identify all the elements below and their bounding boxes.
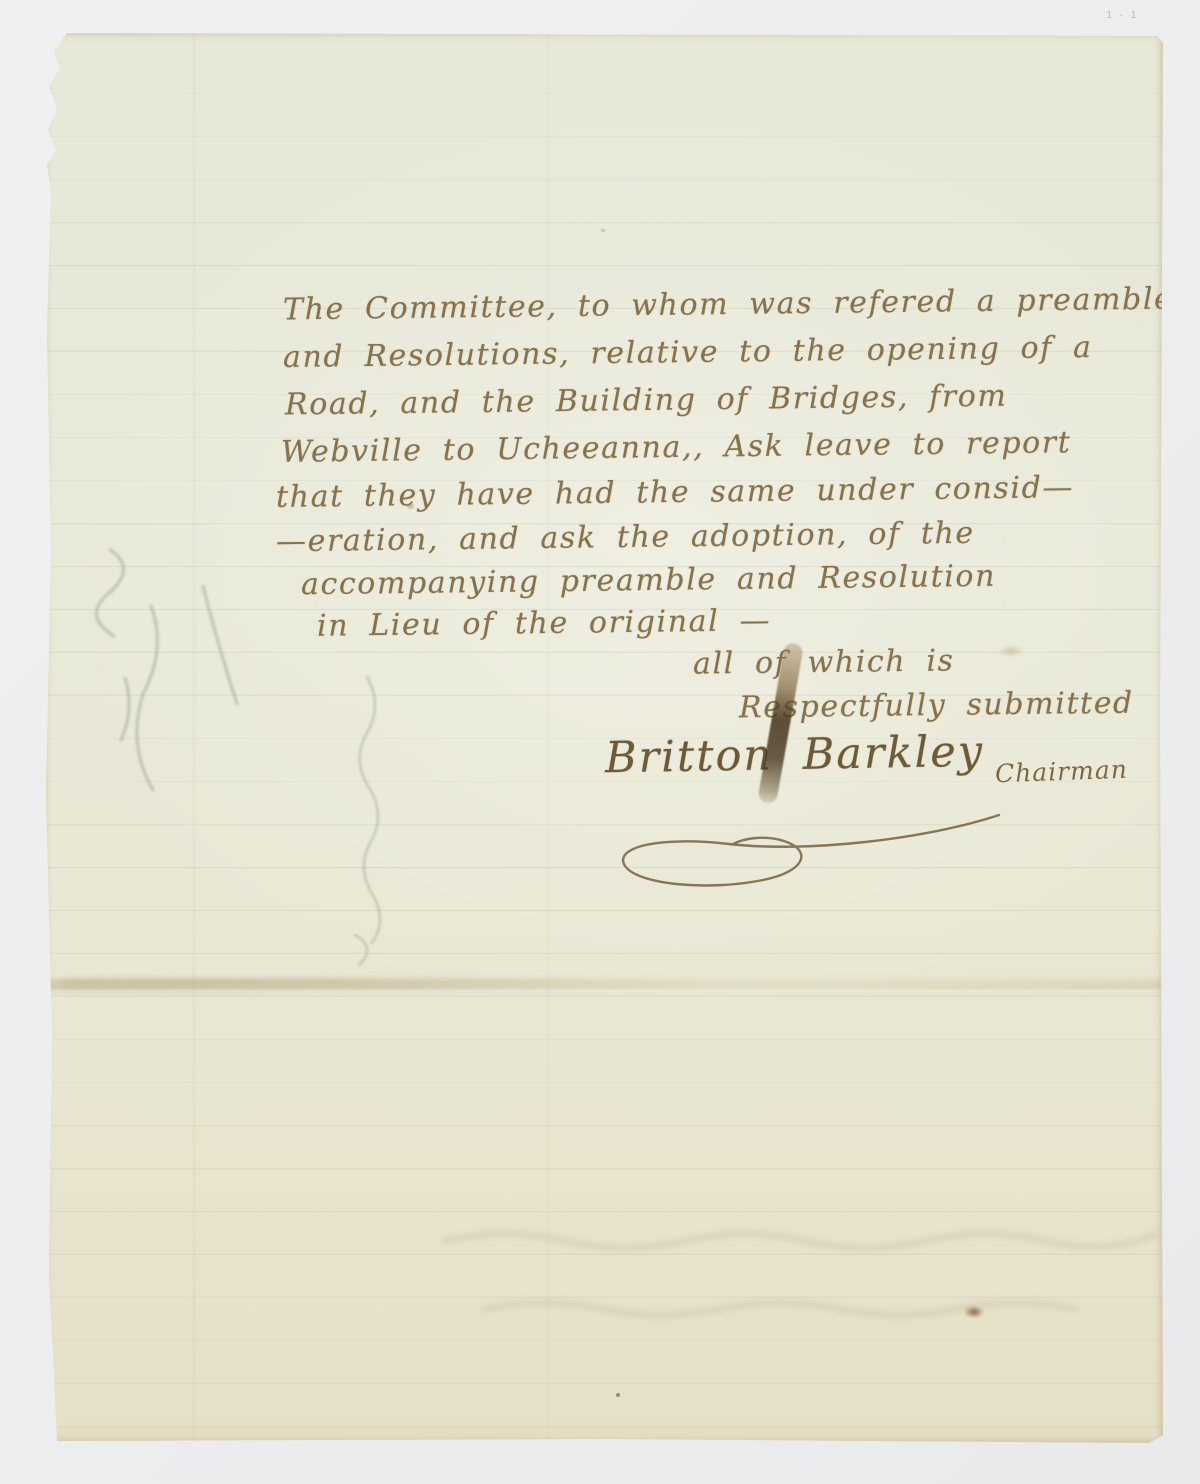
signature-name: Britton Barkley <box>605 727 985 784</box>
signature-flourish <box>597 781 1017 896</box>
handwriting-line-4: Webville to Ucheeanna,, Ask leave to rep… <box>281 425 1072 470</box>
bleedthrough-marks-column <box>337 673 397 973</box>
handwriting-line-7: accompanying preamble and Resolution <box>301 559 996 602</box>
bleedthrough-marks-left <box>55 528 275 808</box>
speck-bottom-center <box>616 1393 620 1397</box>
scanner-background: 1 - 1 <box>0 0 1200 1484</box>
handwriting-line-3: Road, and the Building of Bridges, from <box>285 379 1008 423</box>
archival-corner-mark: 1 - 1 <box>1106 10 1139 21</box>
stain-near-closing <box>998 645 1024 657</box>
handwriting-line-6: —eration, and ask the adoption, of the <box>276 516 975 560</box>
closing-line-2: Respectfully submitted <box>739 686 1134 726</box>
closing-line-1: all of which is <box>693 643 955 681</box>
handwriting-line-5: that they have had the same under consid… <box>276 470 1074 515</box>
bleedthrough-marks-bottom <box>425 1213 1165 1353</box>
document-page: The Committee, to whom was refered a pre… <box>45 33 1163 1443</box>
handwriting-line-1: The Committee, to whom was refered a pre… <box>283 282 1174 328</box>
stain-bottom-right <box>965 1305 985 1319</box>
speck-reddish <box>407 503 414 509</box>
fold-crease-vertical-center <box>547 33 549 1443</box>
speck-upper <box>601 229 605 232</box>
crease-smudge-stain <box>63 975 703 991</box>
fold-crease-vertical-left <box>193 33 195 1443</box>
handwriting-line-8: in Lieu of the original — <box>317 603 771 644</box>
handwriting-line-2: and Resolutions, relative to the opening… <box>283 330 1093 375</box>
